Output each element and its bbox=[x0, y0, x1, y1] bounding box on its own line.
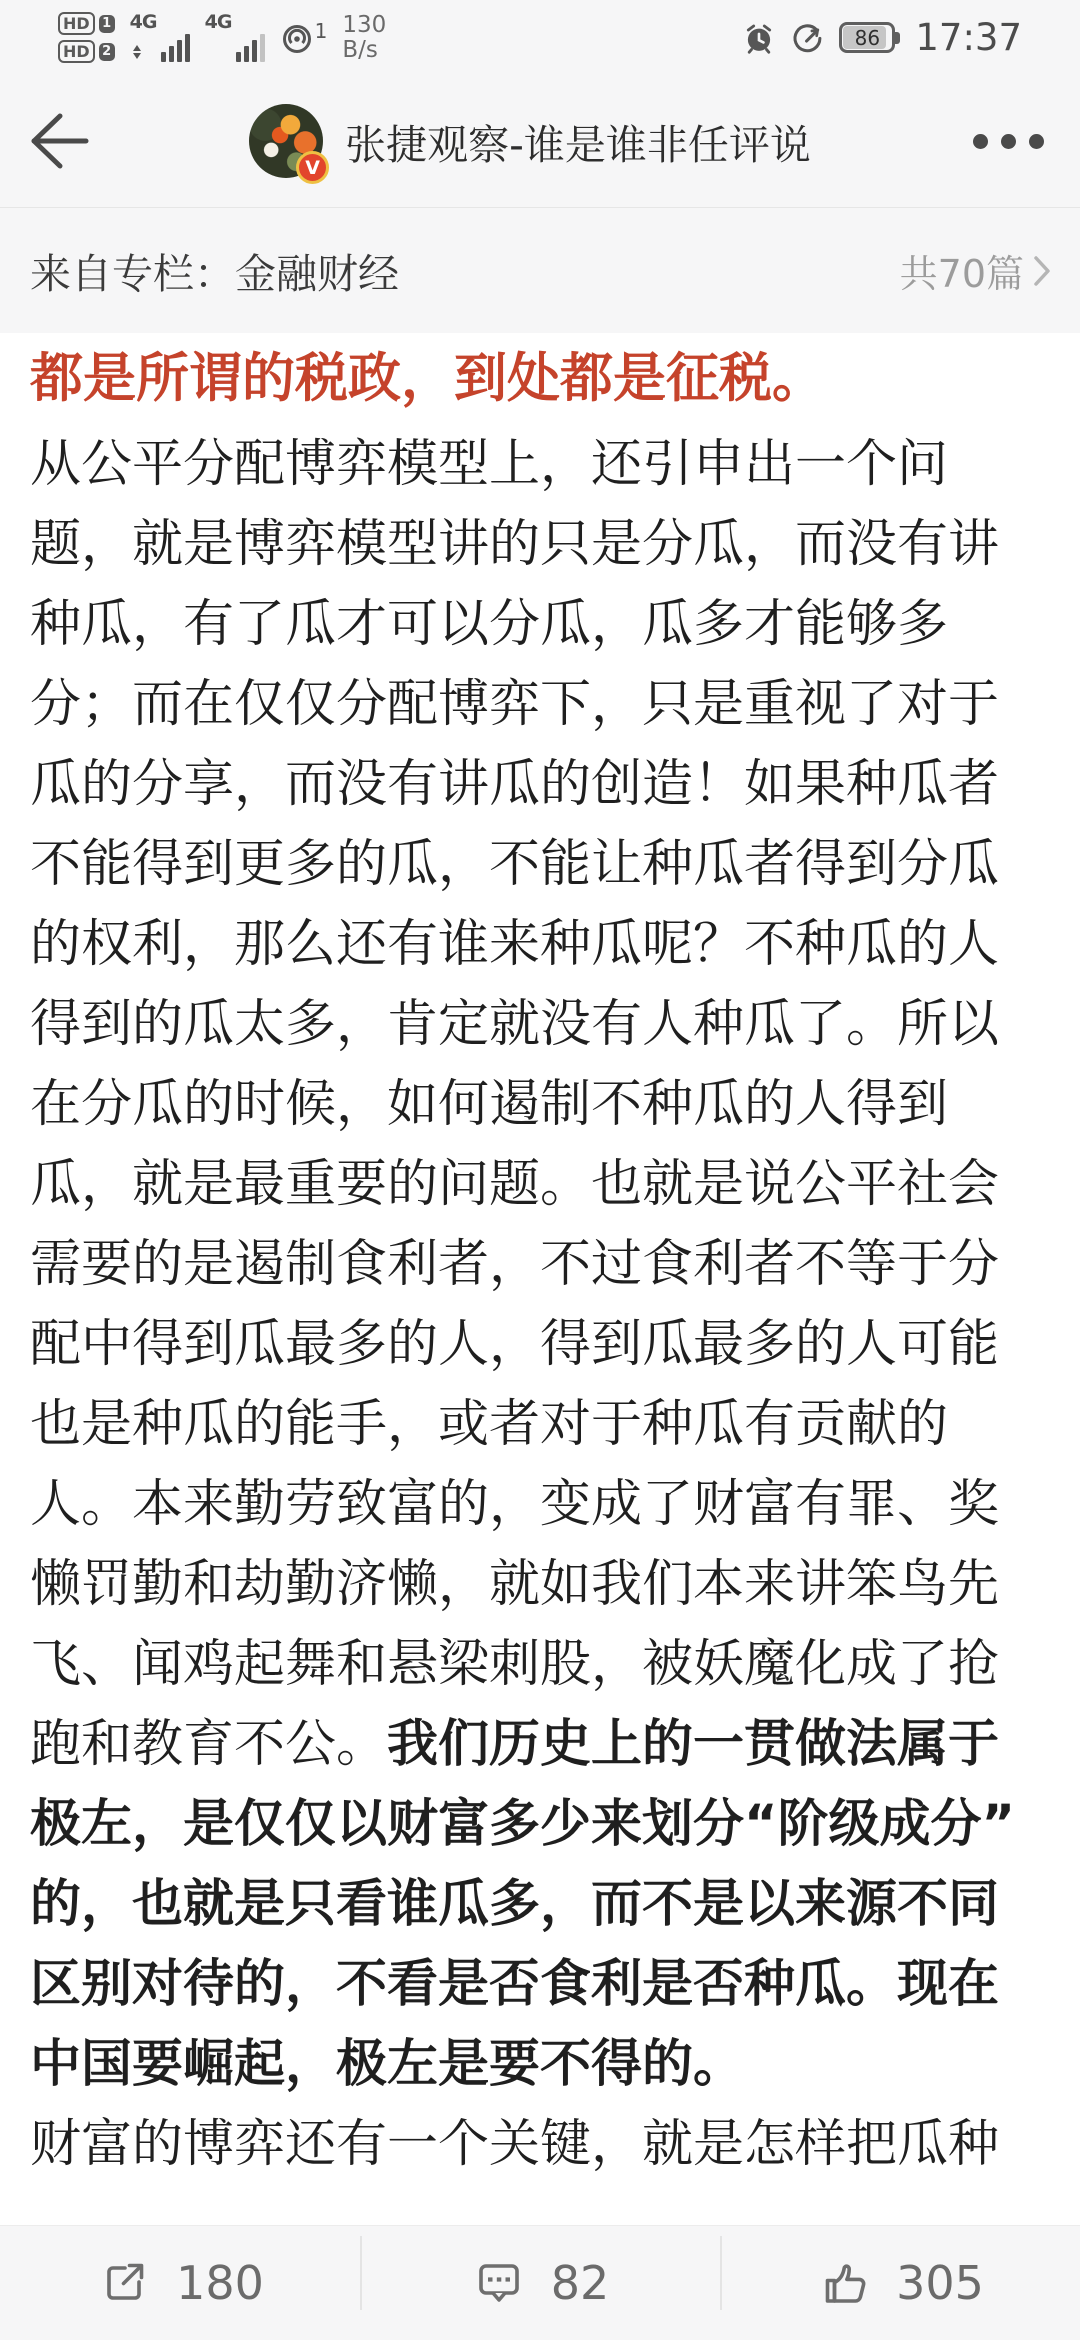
comment-icon bbox=[471, 2255, 527, 2311]
status-bar-right: 86 17:37 bbox=[743, 16, 1022, 59]
like-count: 305 bbox=[896, 2256, 984, 2310]
chevron-right-icon bbox=[1032, 254, 1052, 288]
article-line: 财富的博弈还有一个关键，就是怎样把瓜种 bbox=[30, 2105, 1050, 2185]
article-line: 瓜，就是最重要的问题。也就是说公平社会 bbox=[30, 1145, 1050, 1225]
comment-count: 82 bbox=[551, 2256, 610, 2310]
hd-label: HD bbox=[58, 40, 95, 63]
hd-sim2-number: 2 bbox=[99, 43, 115, 61]
hd-sim2: HD 2 bbox=[58, 40, 115, 63]
status-bar-left: HD 1 HD 2 4G bbox=[58, 11, 743, 65]
nav-bar: V 张捷观察-谁是谁非任评说 bbox=[0, 75, 1080, 207]
article-line: 分；而在仅仅分配博弈下，只是重视了对于 bbox=[30, 665, 1050, 745]
share-count: 180 bbox=[176, 2256, 264, 2310]
article-line: 种瓜，有了瓜才可以分瓜，瓜多才能够多 bbox=[30, 585, 1050, 665]
article-line: 的权利，那么还有谁来种瓜呢？不种瓜的人 bbox=[30, 905, 1050, 985]
network-type-sim2: 4G bbox=[205, 11, 232, 33]
hd-sim1-number: 1 bbox=[99, 15, 115, 33]
status-bar: HD 1 HD 2 4G bbox=[0, 0, 1080, 75]
article-line: 极左，是仅仅以财富多少来划分“阶级成分” bbox=[30, 1785, 1050, 1865]
comment-button[interactable]: 82 bbox=[360, 2226, 720, 2340]
article-content: 都是所谓的税政，到处都是征税。 从公平分配博弈模型上，还引申出一个问题，就是博弈… bbox=[0, 333, 1080, 2225]
page-title: 张捷观察-谁是谁非任评说 bbox=[345, 112, 811, 171]
article-line: 的，也就是只看谁瓜多，而不是以来源不同 bbox=[30, 1865, 1050, 1945]
network-speed: 130 B/s bbox=[342, 13, 386, 63]
article-body: 从公平分配博弈模型上，还引申出一个问题，就是博弈模型讲的只是分瓜，而没有讲种瓜，… bbox=[30, 425, 1050, 2185]
article-line: 中国要崛起，极左是要不得的。 bbox=[30, 2025, 1050, 2105]
column-count-text: 共70篇 bbox=[900, 243, 1024, 298]
network-speed-unit: B/s bbox=[342, 38, 386, 63]
article-line: 懒罚勤和劫勤济懒，就如我们本来讲笨鸟先 bbox=[30, 1545, 1050, 1625]
hd-sim1: HD 1 bbox=[58, 12, 115, 35]
bottom-action-bar: 180 82 305 bbox=[0, 2225, 1080, 2340]
clock-time: 17:37 bbox=[915, 16, 1022, 59]
network-type-sim1: 4G bbox=[130, 11, 157, 33]
share-icon bbox=[96, 2255, 152, 2311]
channel-header[interactable]: V 张捷观察-谁是谁非任评说 bbox=[130, 104, 930, 178]
hotspot-count: 1 bbox=[315, 19, 328, 43]
network-speed-value: 130 bbox=[342, 13, 386, 38]
article-line: 得到的瓜太多，肯定就没有人种瓜了。所以 bbox=[30, 985, 1050, 1065]
ellipsis-icon bbox=[973, 134, 988, 149]
article-line: 跑和教育不公。我们历史上的一贯做法属于 bbox=[30, 1705, 1050, 1785]
article-line: 配中得到瓜最多的人，得到瓜最多的人可能 bbox=[30, 1305, 1050, 1385]
signal-bars-sim1-icon: 4G bbox=[130, 11, 190, 65]
avatar[interactable]: V bbox=[249, 104, 323, 178]
hotspot-icon: 1 bbox=[280, 21, 328, 55]
more-menu-button[interactable] bbox=[930, 134, 1080, 149]
article-line: 区别对待的，不看是否食利是否种瓜。现在 bbox=[30, 1945, 1050, 2025]
article-line: 从公平分配博弈模型上，还引申出一个问 bbox=[30, 425, 1050, 505]
share-button[interactable]: 180 bbox=[0, 2226, 360, 2340]
arrow-left-icon bbox=[26, 108, 98, 174]
article-line: 飞、闻鸡起舞和悬梁刺股，被妖魔化成了抢 bbox=[30, 1625, 1050, 1705]
article-line: 在分瓜的时候，如何遏制不种瓜的人得到 bbox=[30, 1065, 1050, 1145]
article-line: 题，就是博弈模型讲的只是分瓜，而没有讲 bbox=[30, 505, 1050, 585]
alarm-clock-icon bbox=[743, 22, 775, 54]
verified-badge: V bbox=[296, 151, 329, 184]
hd-voice-icon: HD 1 HD 2 bbox=[58, 12, 115, 63]
article-line: 需要的是遏制食利者，不过食利者不等于分 bbox=[30, 1225, 1050, 1305]
signal-bars-sim2-icon: 4G bbox=[205, 11, 265, 65]
article-line: 瓜的分享，而没有讲瓜的创造！如果种瓜者 bbox=[30, 745, 1050, 825]
article-headline: 都是所谓的税政，到处都是征税。 bbox=[30, 339, 1050, 419]
column-bar: 来自专栏：金融财经 共70篇 bbox=[0, 208, 1080, 333]
article-line: 人。本来勤劳致富的，变成了财富有罪、奖 bbox=[30, 1465, 1050, 1545]
performance-gauge-icon bbox=[791, 22, 823, 54]
data-activity-arrows-icon bbox=[133, 45, 141, 59]
screen: HD 1 HD 2 4G bbox=[0, 0, 1080, 2340]
ellipsis-icon bbox=[1001, 134, 1016, 149]
hd-label: HD bbox=[58, 12, 95, 35]
column-source-label: 来自专栏：金融财经 bbox=[30, 241, 399, 300]
battery-percent: 86 bbox=[855, 26, 880, 50]
thumbs-up-icon bbox=[816, 2255, 872, 2311]
article-line: 也是种瓜的能手，或者对于种瓜有贡献的 bbox=[30, 1385, 1050, 1465]
battery-icon: 86 bbox=[839, 22, 895, 53]
ellipsis-icon bbox=[1029, 134, 1044, 149]
back-button[interactable] bbox=[0, 108, 130, 174]
column-count-link[interactable]: 共70篇 bbox=[900, 243, 1052, 298]
like-button[interactable]: 305 bbox=[720, 2226, 1080, 2340]
article-line: 不能得到更多的瓜，不能让种瓜者得到分瓜 bbox=[30, 825, 1050, 905]
